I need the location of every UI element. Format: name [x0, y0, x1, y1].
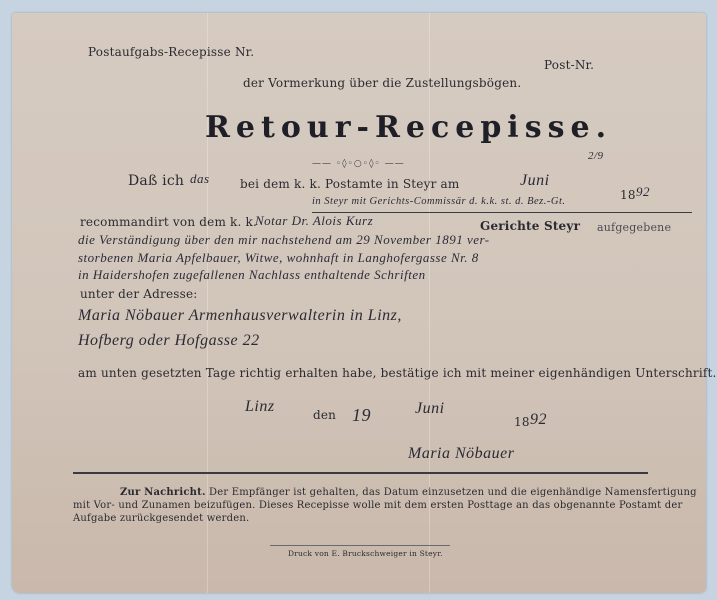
- note-heading: Zur Nachricht.: [120, 487, 206, 498]
- printer-credit: Druck von E. Bruckschweiger in Steyr.: [288, 549, 443, 558]
- line1-prefix: Daß ich: [128, 173, 184, 189]
- line2-hand-above: in Steyr mit Gerichts-Commissär d. k.k. …: [312, 196, 566, 207]
- signature-year-hand: 92: [530, 411, 547, 429]
- line1-year-prefix: 18: [620, 188, 636, 202]
- signature-year-prefix: 18: [514, 415, 530, 429]
- confirmation-text: am unten gesetzten Tage richtig erhalten…: [78, 366, 717, 380]
- corner-mark: 2/9: [588, 150, 604, 162]
- hand-line-2: storbenen Maria Apfelbauer, Witwe, wohnh…: [78, 250, 479, 266]
- ornament-divider: —— ◦◊◦○◦◊◦ ——: [312, 159, 405, 169]
- document-title: Retour-Recepisse.: [205, 110, 612, 145]
- recipient-signature: Maria Nöbauer: [408, 445, 515, 463]
- line1-hand-das: das: [190, 171, 210, 187]
- note-divider: [73, 472, 648, 474]
- note-text-1: Der Empfänger ist gehalten, das Datum ei…: [209, 487, 697, 498]
- signature-day: 19: [352, 405, 371, 426]
- header-subtitle: der Vormerkung über die Zustellungsbögen…: [243, 76, 521, 90]
- note-line-3: Aufgabe zurückgesendet werden.: [73, 512, 249, 525]
- address-hand-line-1: Maria Nöbauer Armenhausverwalterin in Li…: [78, 307, 402, 325]
- hand-line-1: die Verständigung über den mir nachstehe…: [78, 232, 490, 248]
- receipt-number-label: Postaufgabs-Recepisse Nr.: [88, 45, 254, 59]
- hand-line-3: in Haidershofen zugefallenen Nachlass en…: [78, 267, 426, 283]
- address-label: unter der Adresse:: [80, 287, 198, 301]
- court-stamp: Gerichte Steyr: [480, 219, 580, 233]
- line2-prefix: recommandirt von dem k. k.: [80, 215, 257, 229]
- printer-rule: [270, 545, 450, 546]
- note-line-2: mit Vor- und Zunamen beizufügen. Dieses …: [73, 499, 682, 512]
- signature-place: Linz: [245, 398, 275, 416]
- address-hand-line-2: Hofberg oder Hofgasse 22: [78, 332, 260, 350]
- note-line-1: Zur Nachricht. Der Empfänger ist gehalte…: [120, 486, 697, 499]
- line1-year-hand: 92: [636, 184, 650, 200]
- line2-hand-notar: Notar Dr. Alois Kurz: [255, 213, 373, 229]
- signature-month: Juni: [415, 400, 445, 418]
- line1-middle: bei dem k. k. Postamte in Steyr am: [240, 177, 459, 191]
- line1-hand-month: Juni: [520, 172, 550, 190]
- line2-suffix: aufgegebene: [597, 221, 671, 234]
- post-number-label: Post-Nr.: [544, 58, 594, 72]
- signature-den-label: den: [313, 408, 336, 422]
